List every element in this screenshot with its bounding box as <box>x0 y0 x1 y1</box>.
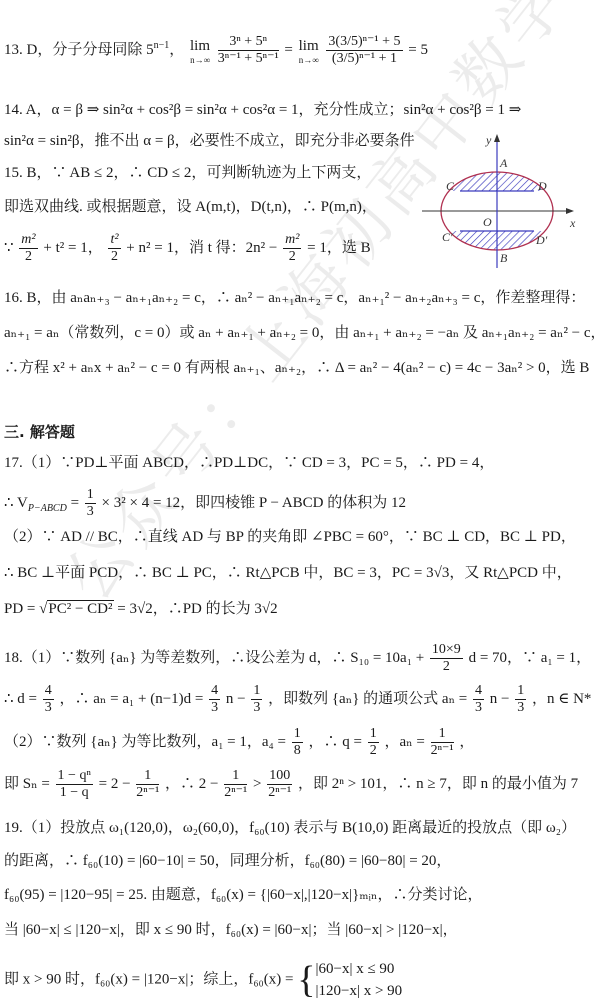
q13-lim1: limn→∞ <box>190 36 210 65</box>
fraction: 13 <box>85 487 96 520</box>
fraction: 12ⁿ⁻¹ <box>431 726 454 759</box>
q17-line-4: ∴ BC ⊥平面 PCD，∴ BC ⊥ PC，∴ Rt△PCB 中，BC = 3… <box>4 563 572 583</box>
q19-line-1: 19.（1）投放点 ω₁(120,0)，ω₂(60,0)，f₆₀(10) 表示与… <box>4 818 576 838</box>
q16-line-2: aₙ₊₁ = aₙ（常数列，c = 0）或 aₙ + aₙ₊₁ + aₙ₊₂ =… <box>4 323 600 343</box>
label-B: B <box>500 251 508 265</box>
q13-sep: ， <box>169 42 184 58</box>
q13-number: 13. D， <box>4 42 52 58</box>
fraction: 13 <box>515 683 526 716</box>
q18-line-2: ∴ d = 43 ，∴ aₙ = a₁ + (n−1)d = 43 n − 13… <box>4 683 591 716</box>
q14-line-2: sin²α = sin²β，推不出 α = β，必要性不成立，即充分非必要条件 <box>4 131 415 151</box>
q15-line-1: 15. B，∵ AB ≤ 2，∴ CD ≤ 2，可判断轨迹为上下两支， <box>4 163 371 183</box>
label-O: O <box>483 215 492 229</box>
fraction: 12ⁿ⁻¹ <box>136 768 159 801</box>
fraction: m²2 <box>283 232 301 265</box>
watermark: 公众号：上海初高中数学 <box>40 0 587 617</box>
label-D: D <box>537 179 547 193</box>
q13-lim2: limn→∞ <box>299 36 319 65</box>
q18-line-1: 18.（1）∵数列 {aₙ} 为等差数列，∴设公差为 d，∴ S₁₀ = 10a… <box>4 642 591 675</box>
q17-line-3: （2）∵ AD // BC，∴直线 AD 与 BP 的夹角即 ∠PBC = 60… <box>4 527 576 547</box>
fraction: 12 <box>368 726 379 759</box>
label-D-prime: D′ <box>535 233 548 247</box>
fraction: 43 <box>209 683 220 716</box>
q19-line-3: f₆₀(95) = |120−95| = 25. 由题意，f₆₀(x) = {|… <box>4 885 482 905</box>
label-C: C <box>446 179 455 193</box>
q16-line-1: 16. B，由 aₙaₙ₊₃ − aₙ₊₁aₙ₊₂ = c，∴ aₙ² − aₙ… <box>4 288 585 308</box>
fraction: 43 <box>473 683 484 716</box>
q18-line-4: 即 Sₙ = 1 − qⁿ1 − q = 2 − 12ⁿ⁻¹ ，∴ 2 − 12… <box>4 768 578 801</box>
label-C-prime: C′ <box>442 230 453 244</box>
q19-line-5: 即 x > 90 时，f₆₀(x) = |120−x|；综上，f₆₀(x) = … <box>4 958 402 1002</box>
piecewise-cases: |60−x| x ≤ 90|120−x| x > 90 <box>315 958 402 1002</box>
q19-line-4: 当 |60−x| ≤ |120−x|，即 x ≤ 90 时，f₆₀(x) = |… <box>4 920 458 940</box>
fraction: 18 <box>292 726 303 759</box>
q15-line-2: 即选双曲线. 或根据题意，设 A(m,t)，D(t,n)，∴ P(m,n)， <box>4 197 377 217</box>
label-x: x <box>569 216 576 230</box>
q19-line-2: 的距离，∴ f₆₀(10) = |60−10| = 50，同理分析，f₆₀(80… <box>4 851 451 871</box>
fraction: 10×92 <box>430 642 463 675</box>
label-y: y <box>485 133 492 147</box>
fraction: 43 <box>43 683 54 716</box>
q17-line-2: ∴ VP−ABCD = 13 × 3² × 4 = 12，即四棱锥 P − AB… <box>4 487 406 520</box>
label-A: A <box>499 156 508 170</box>
fraction: t²2 <box>108 232 120 265</box>
q18-line-3: （2）∵数列 {aₙ} 为等比数列，a₁ = 1，a₄ = 18 ，∴ q = … <box>4 726 474 759</box>
q13-fraction-2: 3(3/5)ⁿ⁻¹ + 5(3/5)ⁿ⁻¹ + 1 <box>326 34 402 67</box>
brace: { <box>297 959 315 1001</box>
q14-line-1: 14. A，α = β ⇒ sin²α + cos²β = sin²α + co… <box>4 100 521 120</box>
q13-result: = 5 <box>408 42 428 58</box>
fraction: 12ⁿ⁻¹ <box>224 768 247 801</box>
fraction: 1 − qⁿ1 − q <box>56 768 93 801</box>
fraction: 1002ⁿ⁻¹ <box>267 768 292 801</box>
q13-text: 分子分母同除 5 <box>52 42 153 58</box>
q17-line-5: PD = √PC² − CD² = 3√2，∴PD 的长为 3√2 <box>4 599 278 619</box>
q13-line: 13. D，分子分母同除 5n−1， limn→∞ 3ⁿ + 5ⁿ3ⁿ⁻¹ + … <box>4 34 428 67</box>
ellipse-figure: y A C D O x C′ D′ B <box>420 132 590 272</box>
q16-line-3: ∴方程 x² + aₙx + aₙ² − c = 0 有两根 aₙ₊₁、aₙ₊₂… <box>4 358 589 378</box>
q15-line-3: ∵ m²2 + t² = 1， t²2 + n² = 1，消 t 得：2n² −… <box>4 232 371 265</box>
fraction: 13 <box>251 683 262 716</box>
fraction: m²2 <box>19 232 37 265</box>
q13-fraction-1: 3ⁿ + 5ⁿ3ⁿ⁻¹ + 5ⁿ⁻¹ <box>218 34 279 67</box>
q13-exponent: n−1 <box>154 40 170 51</box>
section-heading: 三. 解答题 <box>4 422 75 442</box>
q17-line-1: 17.（1）∵PD⊥平面 ABCD，∴PD⊥DC，∵ CD = 3，PC = 5… <box>4 453 494 473</box>
